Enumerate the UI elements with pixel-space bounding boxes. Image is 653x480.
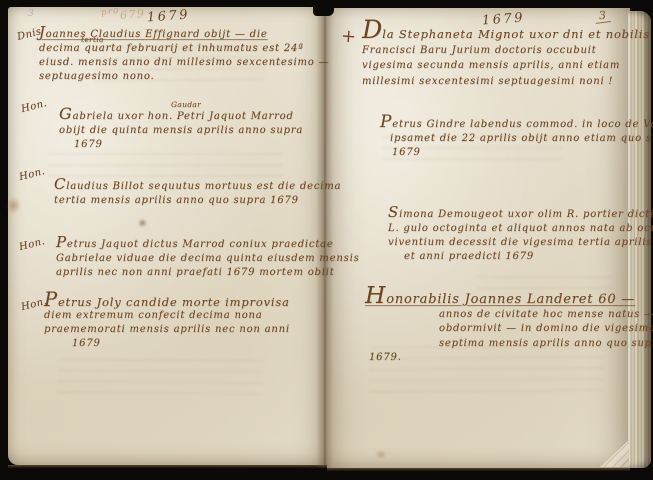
entry-line: 1679 bbox=[74, 138, 303, 152]
burial-entry: Honorabilis Joannes Landeret 60 — annos … bbox=[365, 288, 653, 366]
burial-entry: Dnis tertia Joannes Claudius Effignard o… bbox=[17, 26, 329, 84]
burial-entry: Petrus Gindre labendus commod. in loco d… bbox=[380, 115, 653, 160]
entry-line: vigesima secunda mensis aprilis, anni et… bbox=[362, 58, 650, 74]
entry-line: diem extremum confecit decima nona bbox=[44, 309, 290, 323]
entry-line: Gabriela uxor hon. Petri Jaquot Marrod bbox=[59, 107, 303, 124]
dog-ear-corner bbox=[598, 440, 629, 467]
entry-line: Petrus Gindre labendus commod. in loco d… bbox=[380, 115, 653, 132]
ink-blot bbox=[138, 219, 147, 227]
entry-line: Simona Demougeot uxor olim R. portier di… bbox=[388, 205, 653, 222]
paper-stain bbox=[375, 450, 387, 459]
entry-line: Petrus Joly candide morte improvisa bbox=[44, 293, 290, 309]
show-through-year: 679 bbox=[119, 7, 146, 22]
year-header: 1679 bbox=[147, 8, 191, 26]
margin-abbreviation: Hon. bbox=[18, 166, 46, 183]
burial-entry: Hon. Claudius Billot sequutus mortuus es… bbox=[19, 177, 341, 208]
entry-line: L. gulo octoginta et aliquot annos nata … bbox=[388, 222, 653, 236]
show-through-text bbox=[58, 358, 263, 402]
burial-entry: Hon. Gaudar Gabriela uxor hon. Petri Jaq… bbox=[21, 107, 303, 152]
show-through-text bbox=[48, 153, 283, 177]
entry-line: Claudius Billot sequutus mortuus est die… bbox=[54, 177, 341, 194]
burial-entry: Simona Demougeot uxor olim R. portier di… bbox=[388, 205, 653, 264]
entry-line: septima mensis aprilis anno quo supra bbox=[439, 337, 653, 352]
interlinear-word: Gaudar bbox=[171, 100, 201, 109]
entry-line: eiusd. mensis anno dni millesimo sexcent… bbox=[39, 56, 329, 70]
cross-mark: + bbox=[340, 25, 357, 47]
show-through-folio-number: 3 bbox=[28, 9, 34, 19]
margin-abbreviation: Hon. bbox=[20, 98, 48, 115]
entry-line: decima quarta februarij et inhumatus est… bbox=[39, 42, 329, 56]
burial-entry: Hon. Petrus Jaquot dictus Marrod coniux … bbox=[19, 235, 360, 280]
entry-line: Gabrielae viduae die decima quinta eiusd… bbox=[56, 252, 360, 266]
entry-line: Honorabilis Joannes Landeret 60 — bbox=[365, 288, 653, 308]
margin-abbreviation: Hon. bbox=[18, 236, 46, 253]
entry-line: Francisci Baru Jurium doctoris occubuit bbox=[362, 43, 650, 59]
photograph-background: { "scene": { "description": "Open handwr… bbox=[0, 0, 653, 480]
entry-line: Dla Stephaneta Mignot uxor dni et nobili… bbox=[362, 22, 650, 43]
entry-line: tertia mensis aprilis anno quo supra 167… bbox=[54, 194, 341, 208]
entry-line: millesimi sexcentesimi septuagesimi noni… bbox=[362, 74, 650, 90]
entry-line: Petrus Jaquot dictus Marrod coniux praed… bbox=[56, 235, 360, 252]
right-page: 1679 3 + Dla Stephaneta Mignot uxor dni … bbox=[327, 8, 630, 468]
interlinear-correction: tertia bbox=[81, 35, 104, 44]
entry-line: annos de civitate hoc mense natus — bbox=[439, 308, 653, 323]
entry-line: 1679 bbox=[392, 146, 653, 160]
entry-line: septuagesimo nono. bbox=[39, 70, 329, 84]
burial-entry: Dla Stephaneta Mignot uxor dni et nobili… bbox=[362, 22, 650, 89]
entry-line: aprilis nec non anni praefati 1679 morte… bbox=[56, 266, 360, 280]
entry-line: viventium decessit die vigesima tertia a… bbox=[388, 236, 653, 250]
entry-line: obdormivit — in domino die vigesima bbox=[439, 322, 653, 337]
binding-notch bbox=[313, 0, 334, 16]
manuscript-book: 3 pro 679 1679 Dnis tertia Joannes Claud… bbox=[6, 5, 651, 468]
entry-line: obijt die quinta mensis aprilis anno sup… bbox=[59, 124, 303, 138]
entry-line: praememorati mensis aprilis nec non anni bbox=[44, 323, 290, 337]
entry-line: 1679. bbox=[369, 351, 653, 366]
entry-line: 1679 bbox=[72, 337, 290, 351]
burial-entry: Hon. Petrus Joly candide morte improvisa… bbox=[21, 293, 290, 351]
show-through-word: pro bbox=[100, 6, 120, 19]
entry-line: et anni praedicti 1679 bbox=[404, 250, 653, 264]
entry-line: ipsamet die 22 aprilis obijt anno etiam … bbox=[390, 132, 653, 146]
left-page: 3 pro 679 1679 Dnis tertia Joannes Claud… bbox=[8, 7, 327, 465]
